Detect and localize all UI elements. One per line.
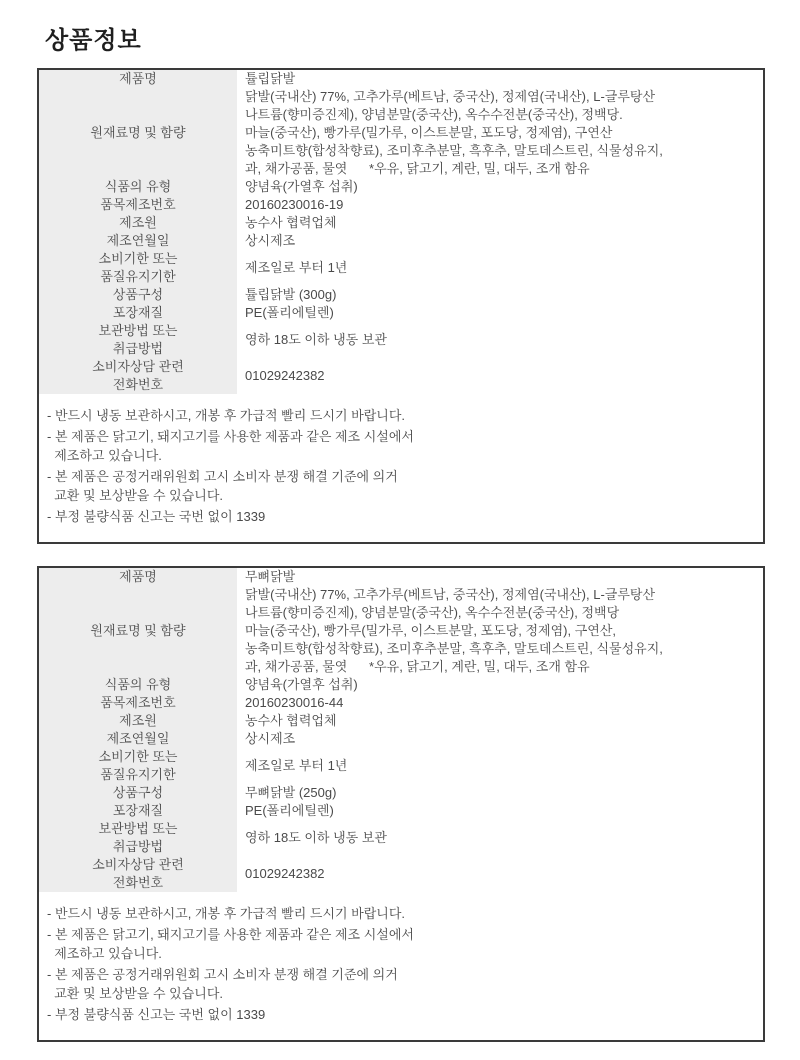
row-value: 농수사 협력업체 (237, 712, 763, 730)
row-value: 튤립닭발 (237, 70, 763, 88)
row-label: 원재료명 및 함량 (39, 586, 237, 676)
row-label: 보관방법 또는 취급방법 (39, 322, 237, 358)
row-composition: 상품구성 무뼈닭발 (250g) (39, 784, 763, 802)
row-ingredients: 원재료명 및 함량 닭발(국내산) 77%, 고추가루(베트남, 중국산), 정… (39, 88, 763, 178)
row-composition: 상품구성 튤립닭발 (300g) (39, 286, 763, 304)
spec-table: 제품명 무뼈닭발 원재료명 및 함량 닭발(국내산) 77%, 고추가루(베트남… (39, 568, 763, 892)
row-value: 농수사 협력업체 (237, 214, 763, 232)
row-value: 양념육(가열후 섭취) (237, 178, 763, 196)
product-info-box-boneless: 제품명 무뼈닭발 원재료명 및 함량 닭발(국내산) 77%, 고추가루(베트남… (37, 566, 765, 1042)
row-label: 포장재질 (39, 802, 237, 820)
row-value: 영하 18도 이하 냉동 보관 (237, 820, 763, 856)
note-item: - 반드시 냉동 보관하시고, 개봉 후 가급적 빨리 드시기 바랍니다. (47, 406, 753, 425)
row-label: 소비자상담 관련 전화번호 (39, 358, 237, 394)
note-item: - 반드시 냉동 보관하시고, 개봉 후 가급적 빨리 드시기 바랍니다. (47, 904, 753, 923)
row-manufacture-date: 제조연월일 상시제조 (39, 232, 763, 250)
row-value: PE(폴리에틸렌) (237, 304, 763, 322)
row-value: 상시제조 (237, 232, 763, 250)
row-value: 제조일로 부터 1년 (237, 250, 763, 286)
note-item: - 본 제품은 닭고기, 돼지고기를 사용한 제품과 같은 제조 시설에서 제조… (47, 427, 753, 465)
notes-section: - 반드시 냉동 보관하시고, 개봉 후 가급적 빨리 드시기 바랍니다. - … (39, 892, 763, 1040)
page-title: 상품정보 (45, 20, 800, 55)
row-label: 품목제조번호 (39, 694, 237, 712)
row-value: PE(폴리에틸렌) (237, 802, 763, 820)
note-item: - 본 제품은 닭고기, 돼지고기를 사용한 제품과 같은 제조 시설에서 제조… (47, 925, 753, 963)
row-label: 제품명 (39, 568, 237, 586)
note-item: - 본 제품은 공정거래위원회 고시 소비자 분쟁 해결 기준에 의거 교환 및… (47, 965, 753, 1003)
row-value: 닭발(국내산) 77%, 고추가루(베트남, 중국산), 정제염(국내산), L… (237, 586, 763, 676)
row-label: 소비자상담 관련 전화번호 (39, 856, 237, 892)
row-value: 01029242382 (237, 358, 763, 394)
row-product-name: 제품명 무뼈닭발 (39, 568, 763, 586)
row-label: 포장재질 (39, 304, 237, 322)
row-manufacture-date: 제조연월일 상시제조 (39, 730, 763, 748)
row-label: 제조원 (39, 214, 237, 232)
row-label: 소비기한 또는 품질유지기한 (39, 748, 237, 784)
spec-table: 제품명 튤립닭발 원재료명 및 함량 닭발(국내산) 77%, 고추가루(베트남… (39, 70, 763, 394)
row-value: 20160230016-19 (237, 196, 763, 214)
row-label: 제품명 (39, 70, 237, 88)
row-label: 제조연월일 (39, 232, 237, 250)
row-food-type: 식품의 유형 양념육(가열후 섭취) (39, 676, 763, 694)
row-consumer-phone: 소비자상담 관련 전화번호 01029242382 (39, 856, 763, 892)
note-item: - 부정 불량식품 신고는 국번 없이 1339 (47, 1005, 753, 1024)
row-label: 원재료명 및 함량 (39, 88, 237, 178)
row-label: 식품의 유형 (39, 178, 237, 196)
row-value: 무뼈닭발 (237, 568, 763, 586)
row-value: 무뼈닭발 (250g) (237, 784, 763, 802)
row-value: 20160230016-44 (237, 694, 763, 712)
product-info-box-tulip: 제품명 튤립닭발 원재료명 및 함량 닭발(국내산) 77%, 고추가루(베트남… (37, 68, 765, 544)
row-label: 제조원 (39, 712, 237, 730)
row-storage: 보관방법 또는 취급방법 영하 18도 이하 냉동 보관 (39, 322, 763, 358)
row-label: 상품구성 (39, 784, 237, 802)
row-shelf-life: 소비기한 또는 품질유지기한 제조일로 부터 1년 (39, 748, 763, 784)
row-storage: 보관방법 또는 취급방법 영하 18도 이하 냉동 보관 (39, 820, 763, 856)
row-product-name: 제품명 튤립닭발 (39, 70, 763, 88)
row-label: 품목제조번호 (39, 196, 237, 214)
note-item: - 부정 불량식품 신고는 국번 없이 1339 (47, 507, 753, 526)
row-ingredients: 원재료명 및 함량 닭발(국내산) 77%, 고추가루(베트남, 중국산), 정… (39, 586, 763, 676)
notes-section: - 반드시 냉동 보관하시고, 개봉 후 가급적 빨리 드시기 바랍니다. - … (39, 394, 763, 542)
row-label: 보관방법 또는 취급방법 (39, 820, 237, 856)
row-value: 상시제조 (237, 730, 763, 748)
row-packaging: 포장재질 PE(폴리에틸렌) (39, 802, 763, 820)
note-item: - 본 제품은 공정거래위원회 고시 소비자 분쟁 해결 기준에 의거 교환 및… (47, 467, 753, 505)
row-shelf-life: 소비기한 또는 품질유지기한 제조일로 부터 1년 (39, 250, 763, 286)
row-label: 식품의 유형 (39, 676, 237, 694)
row-manufacturer: 제조원 농수사 협력업체 (39, 214, 763, 232)
row-value: 양념육(가열후 섭취) (237, 676, 763, 694)
row-label: 소비기한 또는 품질유지기한 (39, 250, 237, 286)
row-value: 제조일로 부터 1년 (237, 748, 763, 784)
row-packaging: 포장재질 PE(폴리에틸렌) (39, 304, 763, 322)
row-consumer-phone: 소비자상담 관련 전화번호 01029242382 (39, 358, 763, 394)
row-item-number: 품목제조번호 20160230016-19 (39, 196, 763, 214)
row-value: 01029242382 (237, 856, 763, 892)
row-food-type: 식품의 유형 양념육(가열후 섭취) (39, 178, 763, 196)
row-label: 제조연월일 (39, 730, 237, 748)
row-manufacturer: 제조원 농수사 협력업체 (39, 712, 763, 730)
row-value: 닭발(국내산) 77%, 고추가루(베트남, 중국산), 정제염(국내산), L… (237, 88, 763, 178)
row-label: 상품구성 (39, 286, 237, 304)
row-item-number: 품목제조번호 20160230016-44 (39, 694, 763, 712)
row-value: 영하 18도 이하 냉동 보관 (237, 322, 763, 358)
row-value: 튤립닭발 (300g) (237, 286, 763, 304)
